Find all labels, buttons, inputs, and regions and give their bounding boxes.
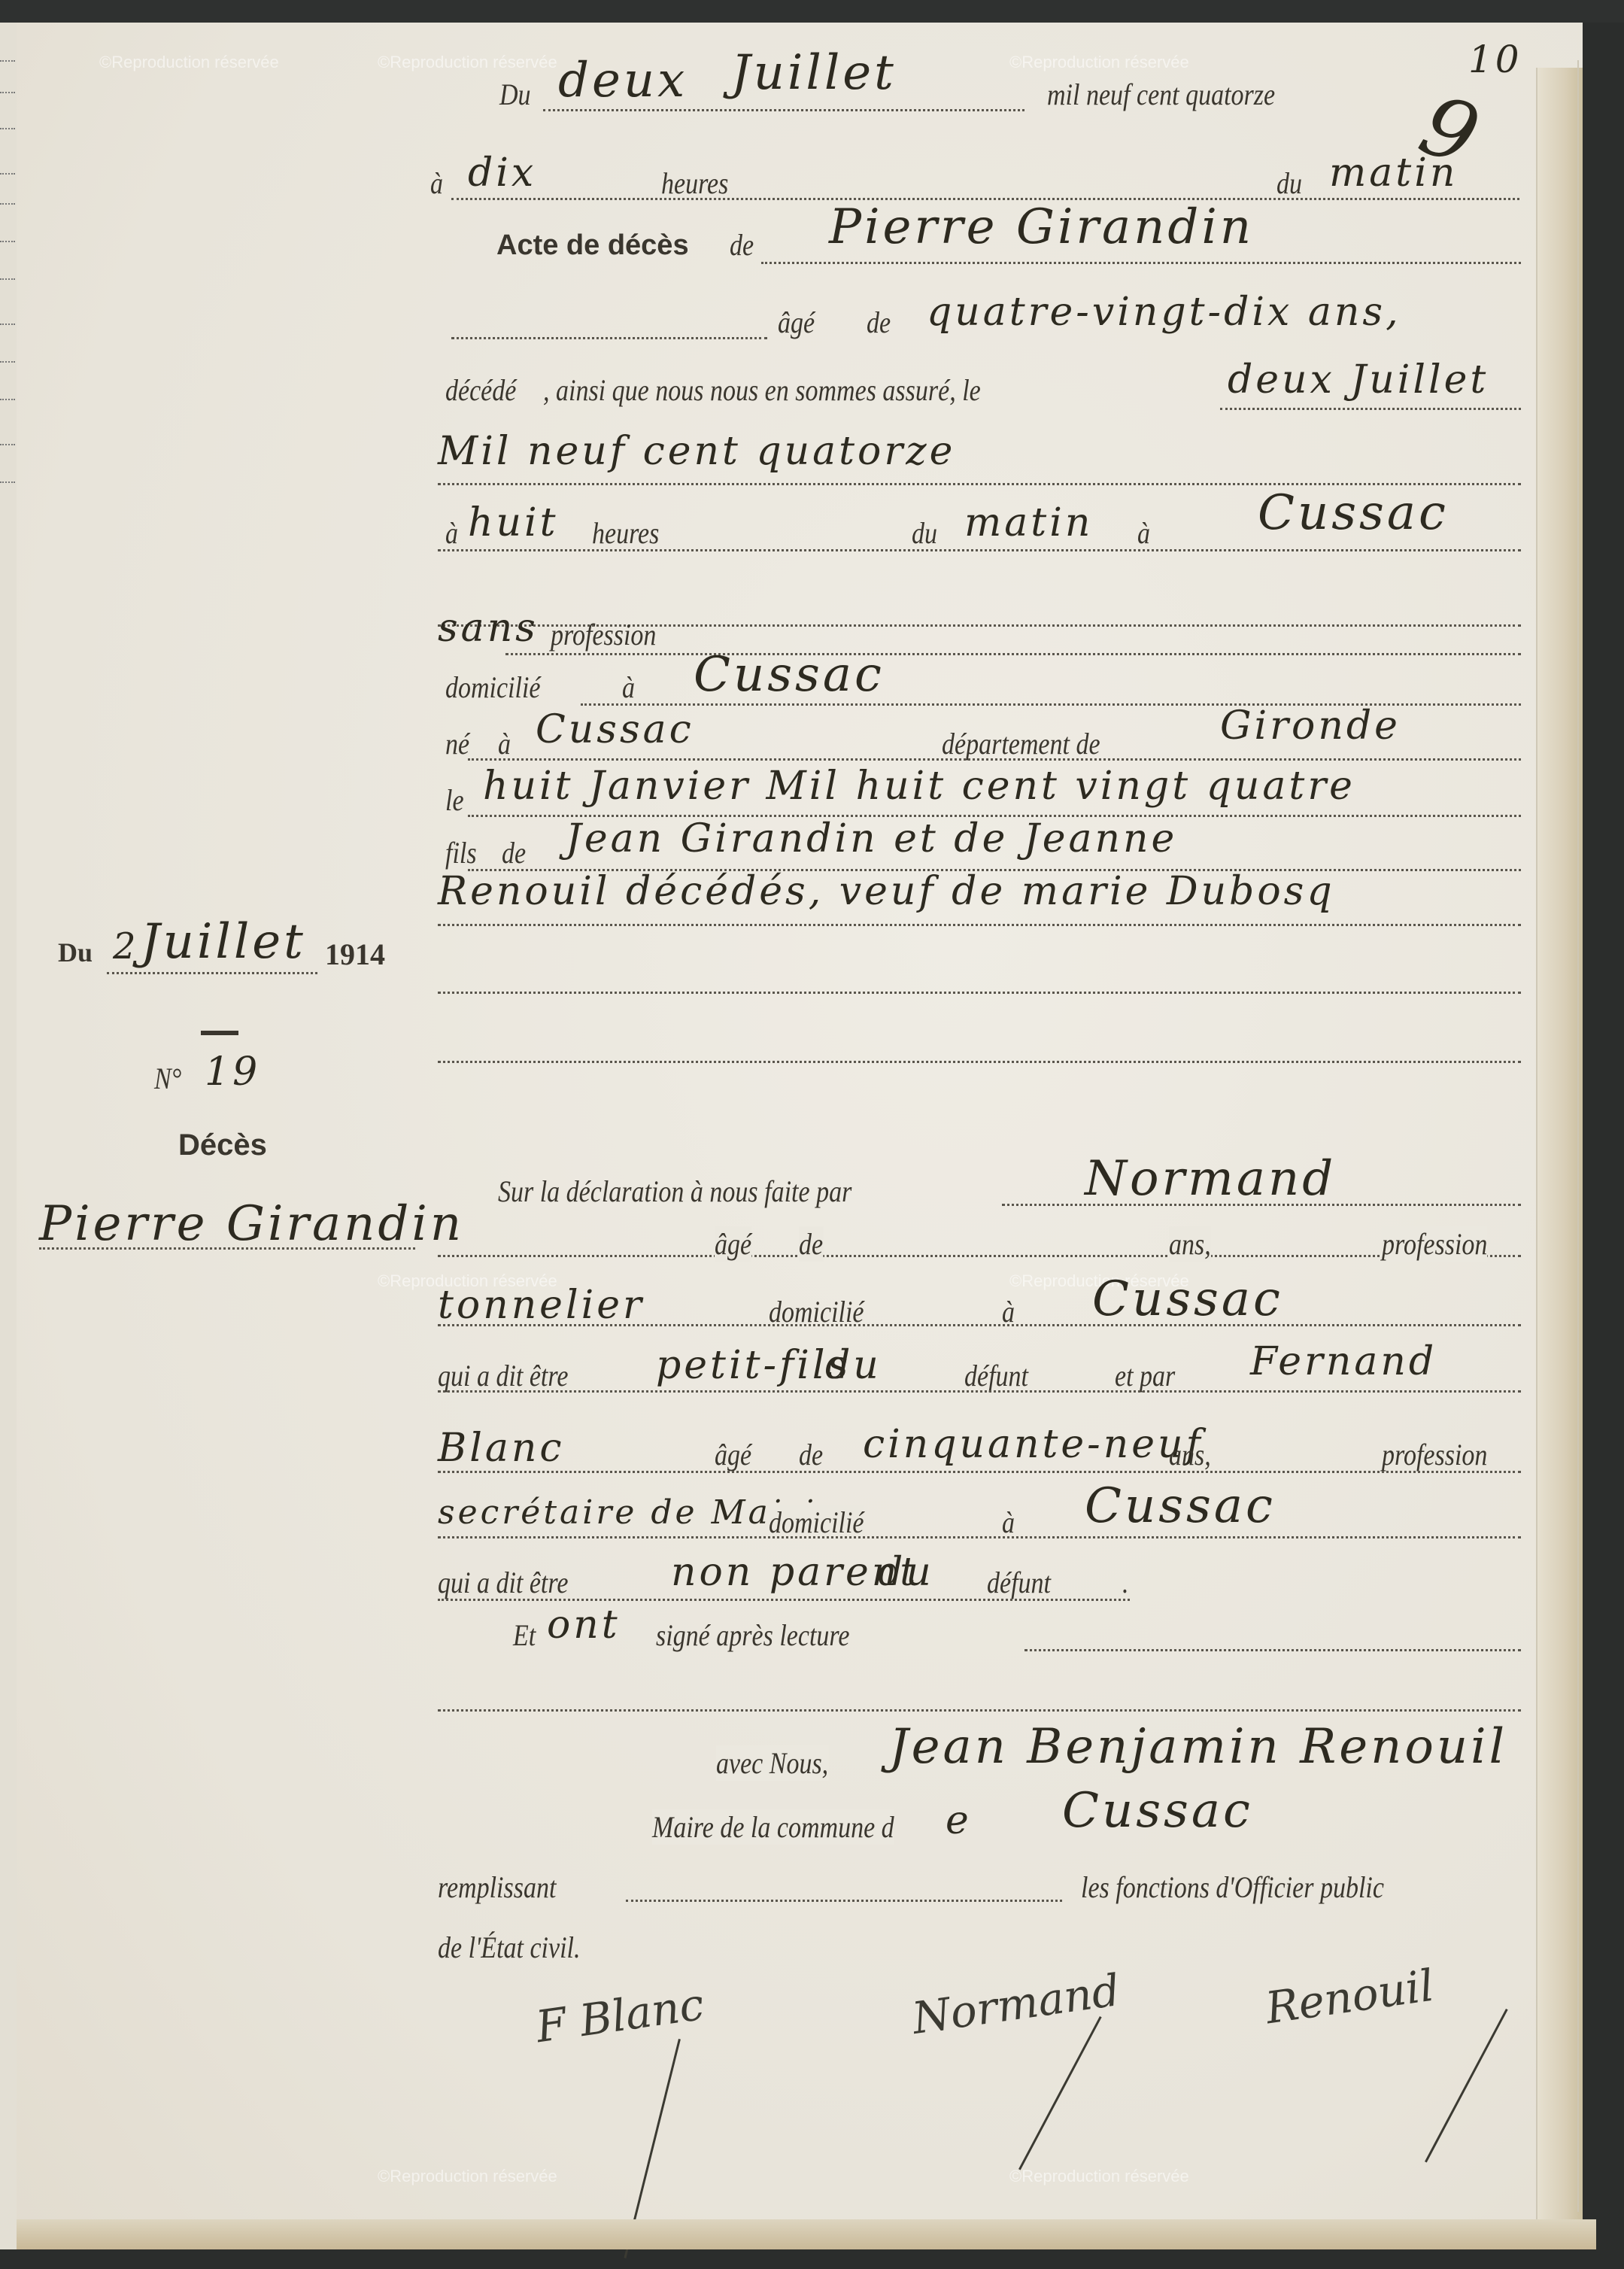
death-year: Mil neuf cent quatorze (438, 429, 955, 474)
birth-place: Cussac (536, 707, 694, 752)
page-frame-line (1577, 60, 1579, 2212)
act-month: Juillet (731, 45, 897, 101)
deceased-name: Pierre Girandin (829, 199, 1254, 255)
signature-renouil: Renouil (1262, 1960, 1437, 2034)
label-defunt: défunt (987, 1565, 1051, 1600)
label-a: à (1002, 1505, 1015, 1540)
label-de: de (502, 835, 526, 870)
label-a: à (1137, 515, 1150, 551)
dotted-line (438, 1390, 1521, 1393)
label-a: à (430, 166, 443, 201)
label-maire: Maire de la commune d (652, 1809, 894, 1845)
label-etat-civil: de l'État civil. (438, 1930, 580, 1965)
death-hour: huit (468, 500, 559, 545)
parents-continued: Renouil décédés, veuf de marie Dubosq (438, 869, 1335, 914)
dotted-line (1024, 1649, 1521, 1651)
dotted-line (438, 1709, 1521, 1712)
watermark: ©Reproduction réservée (378, 53, 557, 72)
label-decede: décédé (445, 372, 516, 408)
label-heures: heures (661, 166, 728, 201)
page-bottom-edge (17, 2219, 1596, 2249)
label-profession: profession (551, 617, 656, 652)
watermark: ©Reproduction réservée (99, 53, 279, 72)
label-age: âgé (715, 1226, 751, 1262)
watermark: ©Reproduction réservée (1009, 53, 1189, 72)
declarant-domicile: Cussac (1092, 1271, 1283, 1327)
label-a: à (622, 670, 635, 705)
dotted-line (1002, 1204, 1521, 1206)
declaration-intro: Sur la déclaration à nous faite par (498, 1174, 851, 1209)
label-age: âgé (715, 1437, 751, 1472)
label-heures: heures (592, 515, 659, 551)
label-profession: profession (1382, 1226, 1487, 1262)
margin-name: Pierre Girandin (39, 1196, 464, 1252)
death-text: , ainsi que nous nous en sommes assuré, … (543, 372, 981, 408)
signature-flourish (1018, 2016, 1102, 2170)
book-binding (0, 0, 1624, 23)
label-de: de (799, 1226, 823, 1262)
act-title: Acte de décès (496, 229, 689, 262)
previous-page-edge (0, 23, 18, 2249)
declarant-relation: petit-fils (656, 1343, 851, 1388)
witness-age: cinquante-neuf (863, 1422, 1204, 1467)
margin-year: 1914 (325, 937, 385, 972)
dotted-line (505, 653, 1521, 655)
watermark: ©Reproduction réservée (1009, 2167, 1189, 2186)
label-qui-a-dit: qui a dit être (438, 1565, 568, 1600)
watermark: ©Reproduction réservée (378, 2167, 557, 2186)
witness-last-name: Blanc (438, 1426, 564, 1471)
label-ans: ans, (1169, 1437, 1211, 1472)
dotted-line (468, 758, 1521, 761)
label-du: du (1276, 166, 1302, 201)
dotted-line (438, 1599, 1130, 1601)
act-period: matin (1329, 150, 1458, 196)
dotted-line (438, 549, 1521, 551)
page-stack-edge (1536, 68, 1583, 2249)
dotted-line (39, 1247, 415, 1250)
label-le: le (445, 782, 464, 818)
dotted-line (438, 992, 1521, 994)
birth-department: Gironde (1220, 703, 1401, 749)
label-du: Du (499, 77, 531, 112)
dotted-line (451, 337, 767, 339)
dotted-line (1220, 408, 1521, 410)
page-number: 10 (1468, 38, 1522, 81)
death-date: deux Juillet (1228, 357, 1489, 402)
deceased-age: quatre-vingt-dix ans, (927, 290, 1401, 335)
label-ne: né (445, 726, 469, 761)
dotted-line (626, 1900, 1062, 1902)
label-avec-nous: avec Nous, (716, 1745, 828, 1781)
label-de: de (867, 305, 891, 340)
period: . (1122, 1565, 1129, 1600)
dotted-line (438, 1471, 1521, 1473)
label-de: de (730, 227, 754, 263)
witness-first-name: Fernand (1250, 1339, 1437, 1384)
dotted-line (438, 1536, 1521, 1538)
label-du-hw: du (878, 1550, 934, 1595)
label-departement: département de (942, 726, 1100, 761)
dotted-line (761, 262, 1521, 264)
margin-day: 2 (113, 925, 139, 967)
margin-month: Juillet (141, 914, 306, 970)
margin-type: Décès (178, 1128, 267, 1162)
deceased-profession: sans (438, 606, 539, 651)
parents: Jean Girandin et de Jeanne (566, 816, 1177, 861)
dotted-line (438, 1255, 1521, 1257)
label-et: Et (513, 1617, 536, 1653)
declarant-name: Normand (1085, 1151, 1336, 1207)
label-du-hw: du (825, 1343, 882, 1388)
act-hour: dix (468, 150, 536, 196)
label-fils: fils (445, 835, 477, 870)
dotted-line (438, 924, 1521, 926)
register-page: ©Reproduction réservée ©Reproduction rés… (17, 23, 1583, 2243)
label-profession: profession (1382, 1437, 1487, 1472)
separator-dash (201, 1031, 238, 1035)
label-et-par: et par (1115, 1358, 1175, 1393)
label-ans: ans, (1169, 1226, 1211, 1262)
label-a: à (498, 726, 511, 761)
dotted-line (438, 1324, 1521, 1326)
dotted-line (107, 972, 317, 974)
printed-year: mil neuf cent quatorze (1047, 77, 1275, 112)
declarant-profession: tonnelier (438, 1283, 645, 1328)
dotted-line (438, 1836, 1521, 1838)
label-du: du (912, 515, 937, 551)
margin-number: 19 (205, 1049, 260, 1095)
act-day: deux (558, 53, 688, 108)
label-a: à (445, 515, 458, 551)
birth-date: huit Janvier Mil huit cent vingt quatre (483, 764, 1355, 809)
label-defunt: défunt (964, 1358, 1028, 1393)
dotted-line (438, 1061, 1521, 1063)
margin-label-du: Du (58, 937, 93, 968)
margin-number-label: N° (154, 1061, 181, 1096)
label-remplissant: remplissant (438, 1870, 556, 1905)
label-qui-a-dit: qui a dit être (438, 1358, 568, 1393)
commune-suffix: e (946, 1798, 972, 1843)
signature-flourish (1425, 2009, 1508, 2162)
label-de: de (799, 1437, 823, 1472)
label-signe: signé après lecture (656, 1617, 849, 1653)
signed-value: ont (547, 1602, 621, 1648)
death-period: matin (964, 500, 1093, 545)
label-fonctions: les fonctions d'Officier public (1081, 1870, 1384, 1905)
mayor-name: Jean Benjamin Renouil (889, 1719, 1507, 1775)
dotted-line (543, 109, 1024, 111)
label-age: âgé (778, 305, 815, 340)
commune-name: Cussac (1062, 1783, 1253, 1839)
witness-domicile: Cussac (1085, 1478, 1276, 1534)
death-place: Cussac (1258, 485, 1449, 541)
label-domicilie: domicilié (769, 1505, 864, 1540)
signature-blanc: F Blanc (533, 1979, 707, 2053)
label-domicilie: domicilié (445, 670, 541, 705)
deceased-domicile: Cussac (694, 647, 885, 703)
